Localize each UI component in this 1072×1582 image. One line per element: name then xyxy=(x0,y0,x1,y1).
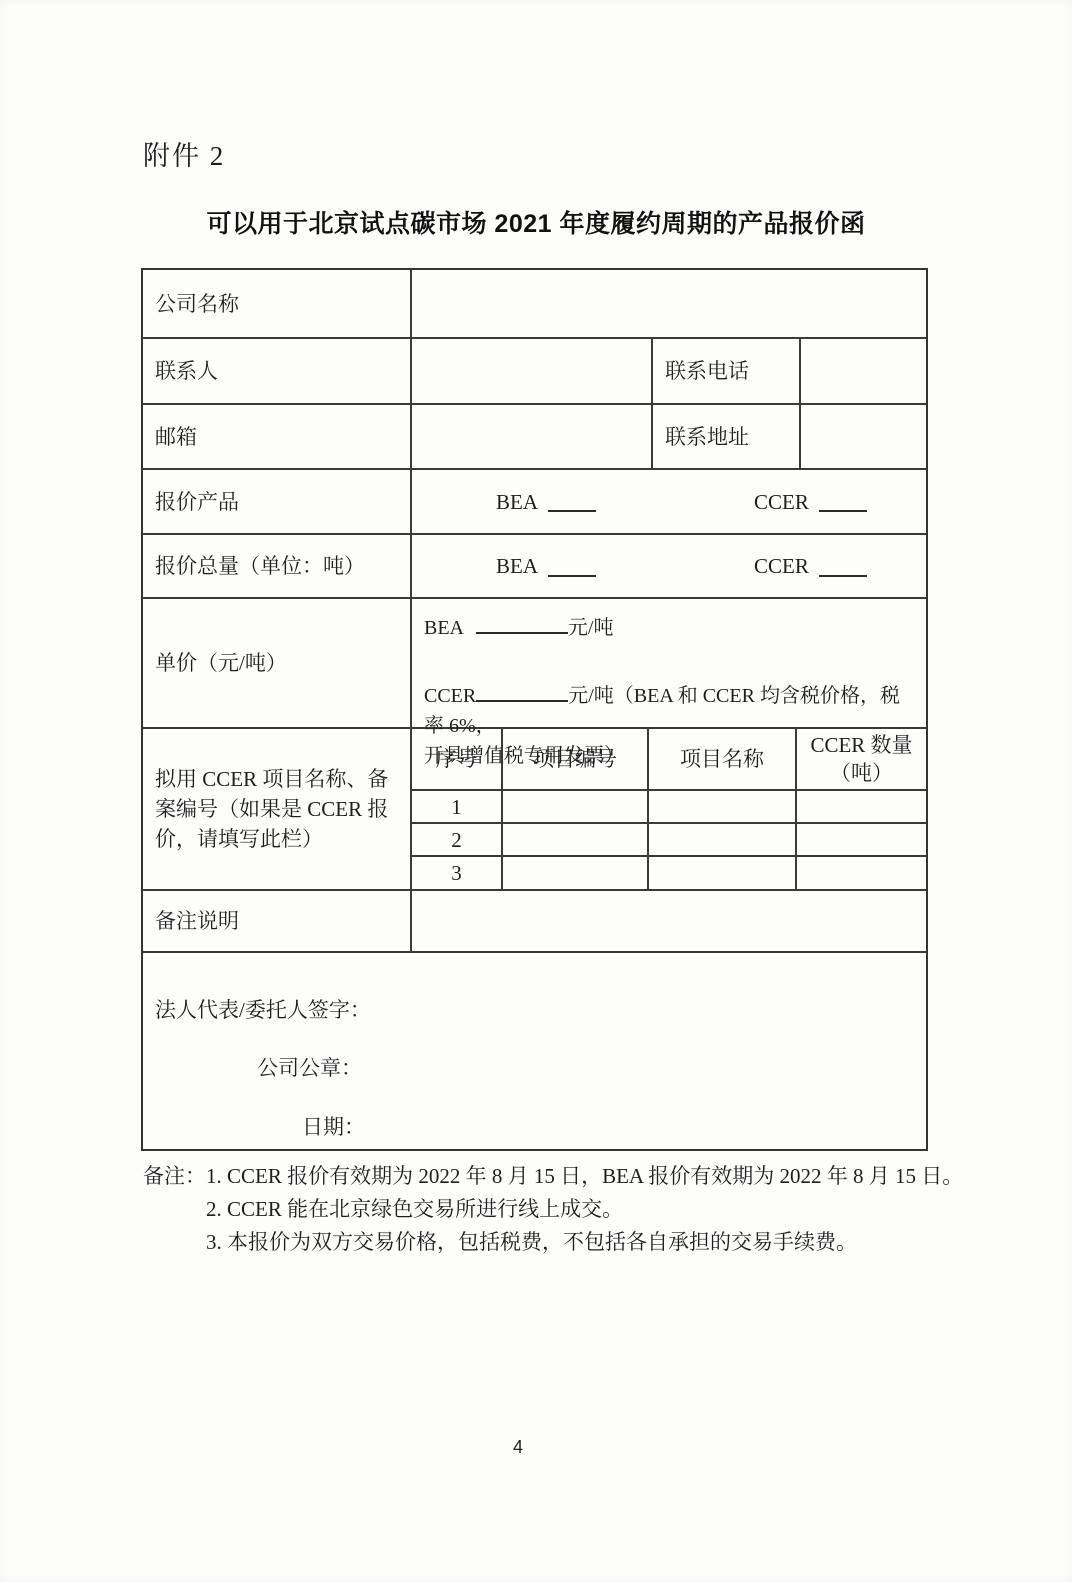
subtable-header-project-id: 项目编号 xyxy=(503,729,649,789)
subtable-row-2: 2 xyxy=(412,824,926,857)
unit-price-ccer-prefix: CCER xyxy=(424,685,476,707)
ccer-projects-subtable: 序号 项目编号 项目名称 CCER 数量（吨） 1 2 xyxy=(412,729,926,889)
product-label: 报价产品 xyxy=(143,470,412,533)
address-field xyxy=(801,405,926,468)
unit-price-bea-line: BEA 元/吨 xyxy=(424,613,914,643)
blank-underline xyxy=(476,614,568,634)
attachment-label: 附件 2 xyxy=(143,134,225,173)
document-title: 可以用于北京试点碳市场 2021 年度履约周期的产品报价函 xyxy=(0,204,1072,240)
address-label: 联系地址 xyxy=(653,405,801,468)
project-id-field xyxy=(503,824,649,855)
phone-field xyxy=(801,339,926,403)
row-unit-price: 单价（元/吨） BEA 元/吨 CCER元/吨（BEA 和 CCER 均含税价格… xyxy=(143,599,926,729)
project-name-field xyxy=(649,824,797,855)
row-quantity: 报价总量（单位：吨） BEA CCER xyxy=(143,535,926,599)
quantity-ccer-label: CCER xyxy=(754,551,809,581)
contact-label: 联系人 xyxy=(143,339,412,403)
signature-block: 法人代表/委托人签字： 公司公章： 日期： xyxy=(143,953,926,1149)
footnotes-list: 1. CCER 报价有效期为 2022 年 8 月 15 日，BEA 报价有效期… xyxy=(206,1160,963,1259)
unit-price-label: 单价（元/吨） xyxy=(143,599,412,727)
project-name-field xyxy=(649,791,797,822)
row-contact: 联系人 联系电话 xyxy=(143,339,926,405)
unit-price-bea-prefix: BEA xyxy=(424,617,463,639)
footnote-item: 3. 本报价为双方交易价格，包括税费，不包括各自承担的交易手续费。 xyxy=(206,1226,963,1259)
row-index: 2 xyxy=(412,824,503,855)
row-signature: 法人代表/委托人签字： 公司公章： 日期： xyxy=(143,953,926,1149)
subtable-header-project-name: 项目名称 xyxy=(649,729,797,789)
ccer-amount-field xyxy=(797,857,926,889)
unit-price-bea-suffix: 元/吨 xyxy=(568,617,614,639)
subtable-row-1: 1 xyxy=(412,791,926,824)
quantity-label: 报价总量（单位：吨） xyxy=(143,535,412,597)
project-name-field xyxy=(649,857,797,889)
product-ccer-label: CCER xyxy=(754,487,809,517)
quantity-field: BEA CCER xyxy=(412,535,926,597)
ccer-projects-label: 拟用 CCER 项目名称、备案编号（如果是 CCER 报价，请填写此栏） xyxy=(143,729,412,889)
project-id-field xyxy=(503,791,649,822)
remarks-field xyxy=(412,891,926,951)
blank-underline xyxy=(819,556,867,577)
row-company-name: 公司名称 xyxy=(143,270,926,339)
document-page: 附件 2 可以用于北京试点碳市场 2021 年度履约周期的产品报价函 公司名称 … xyxy=(0,0,1072,1582)
company-name-field xyxy=(412,270,926,337)
signature-line: 法人代表/委托人签字： xyxy=(155,995,926,1025)
ccer-amount-field xyxy=(797,824,926,855)
footnote-item: 1. CCER 报价有效期为 2022 年 8 月 15 日，BEA 报价有效期… xyxy=(206,1160,963,1193)
product-bea-label: BEA xyxy=(496,487,538,517)
date-line: 日期： xyxy=(302,1112,926,1142)
footnotes: 备注： 1. CCER 报价有效期为 2022 年 8 月 15 日，BEA 报… xyxy=(143,1160,1043,1259)
subtable-header-row: 序号 项目编号 项目名称 CCER 数量（吨） xyxy=(412,729,926,791)
row-ccer-projects: 拟用 CCER 项目名称、备案编号（如果是 CCER 报价，请填写此栏） 序号 … xyxy=(143,729,926,891)
page-number: 4 xyxy=(0,1437,1036,1458)
email-field xyxy=(412,405,653,468)
quotation-form-table: 公司名称 联系人 联系电话 邮箱 联系地址 报价产品 BEA CCER xyxy=(141,268,928,1151)
email-label: 邮箱 xyxy=(143,405,412,468)
unit-price-field: BEA 元/吨 CCER元/吨（BEA 和 CCER 均含税价格，税率 6%， … xyxy=(412,599,926,727)
row-remarks: 备注说明 xyxy=(143,891,926,953)
footnotes-prefix: 备注： xyxy=(143,1160,206,1259)
blank-underline xyxy=(548,556,596,577)
company-seal-line: 公司公章： xyxy=(257,1053,926,1083)
remarks-label: 备注说明 xyxy=(143,891,412,951)
phone-label: 联系电话 xyxy=(653,339,801,403)
ccer-amount-field xyxy=(797,791,926,822)
row-product: 报价产品 BEA CCER xyxy=(143,470,926,535)
project-id-field xyxy=(503,857,649,889)
contact-field xyxy=(412,339,653,403)
footnote-item: 2. CCER 能在北京绿色交易所进行线上成交。 xyxy=(206,1193,963,1226)
subtable-row-3: 3 xyxy=(412,857,926,889)
row-index: 3 xyxy=(412,857,503,889)
company-name-label: 公司名称 xyxy=(143,270,412,337)
blank-underline xyxy=(548,491,596,512)
row-email: 邮箱 联系地址 xyxy=(143,405,926,470)
row-index: 1 xyxy=(412,791,503,822)
quantity-bea-label: BEA xyxy=(496,551,538,581)
blank-underline xyxy=(819,491,867,512)
blank-underline xyxy=(476,682,568,702)
subtable-header-ccer-amount: CCER 数量（吨） xyxy=(797,729,926,789)
subtable-header-index: 序号 xyxy=(412,729,503,789)
product-field: BEA CCER xyxy=(412,470,926,533)
